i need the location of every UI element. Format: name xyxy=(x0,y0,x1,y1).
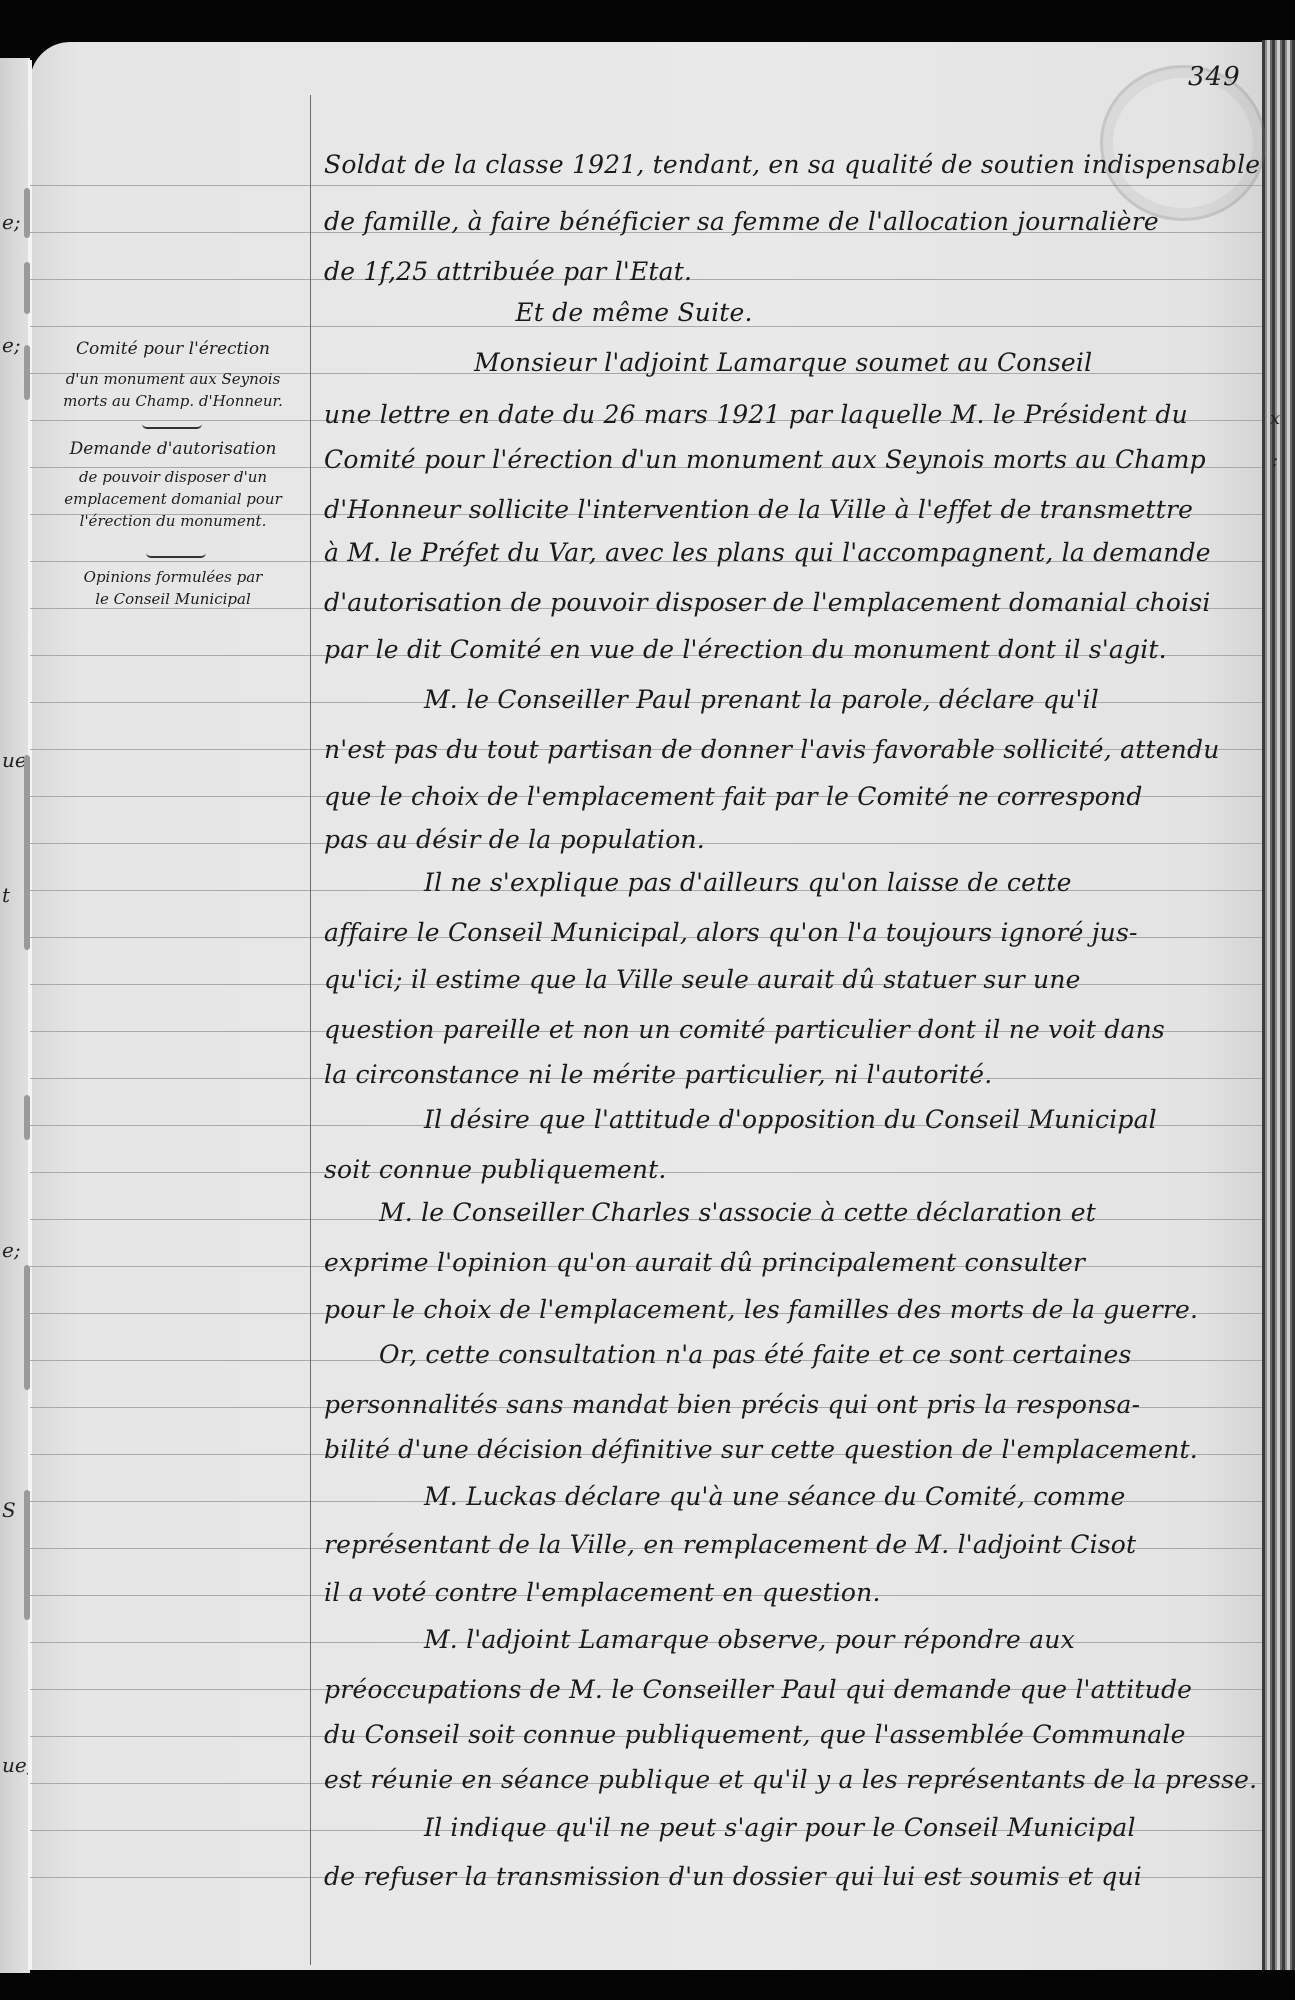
archive-stamp xyxy=(1100,65,1266,221)
body-line: à M. le Préfet du Var, avec les plans qu… xyxy=(324,538,1254,568)
separator-flourish xyxy=(146,553,206,558)
body-line: de refuser la transmission d'un dossier … xyxy=(324,1862,1254,1892)
body-line: exprime l'opinion qu'on aurait dû princi… xyxy=(324,1248,1254,1278)
left-page-fragment: t xyxy=(2,883,10,907)
body-line: Comité pour l'érection d'un monument aux… xyxy=(324,445,1254,475)
margin-note-demande: de pouvoir disposer d'un xyxy=(48,468,298,486)
side-mark: x xyxy=(1270,408,1280,429)
body-line: par le dit Comité en vue de l'érection d… xyxy=(324,635,1254,665)
body-line: affaire le Conseil Municipal, alors qu'o… xyxy=(324,918,1254,948)
body-line: de famille, à faire bénéficier sa femme … xyxy=(324,207,1254,237)
body-line: question pareille et non un comité parti… xyxy=(324,1015,1254,1045)
separator-flourish xyxy=(142,424,202,429)
body-line: personnalités sans mandat bien précis qu… xyxy=(324,1390,1254,1420)
left-page-fragment: e; xyxy=(2,333,21,357)
margin-note-demande: emplacement domanial pour xyxy=(48,490,298,508)
binding-stitch xyxy=(24,1095,30,1140)
body-line: pour le choix de l'emplacement, les fami… xyxy=(324,1295,1254,1325)
body-line: la circonstance ni le mérite particulier… xyxy=(324,1060,1254,1090)
body-line: d'Honneur sollicite l'intervention de la… xyxy=(324,495,1254,525)
binding-stitch xyxy=(24,755,30,950)
margin-note-demande: Demande d'autorisation xyxy=(48,440,298,458)
binding-stitch xyxy=(24,1265,30,1390)
body-line: M. le Conseiller Paul prenant la parole,… xyxy=(324,685,1254,715)
margin-note-comite: Comité pour l'érection xyxy=(48,340,298,358)
margin-note-comite: d'un monument aux Seynois xyxy=(48,370,298,388)
ruled-line xyxy=(30,185,1262,186)
margin-rule xyxy=(310,95,311,1965)
margin-note-opinions: le Conseil Municipal xyxy=(48,590,298,608)
body-line: Monsieur l'adjoint Lamarque soumet au Co… xyxy=(324,348,1254,378)
body-line: il a voté contre l'emplacement en questi… xyxy=(324,1578,1254,1608)
body-line: d'autorisation de pouvoir disposer de l'… xyxy=(324,588,1254,618)
body-line: Il indique qu'il ne peut s'agir pour le … xyxy=(324,1813,1254,1843)
binding-stitch xyxy=(24,188,30,238)
section-heading: Et de même Suite. xyxy=(324,298,944,328)
body-line: du Conseil soit connue publiquement, que… xyxy=(324,1720,1254,1750)
body-line: pas au désir de la population. xyxy=(324,825,1254,855)
body-line: représentant de la Ville, en remplacemen… xyxy=(324,1530,1254,1560)
body-line: est réunie en séance publique et qu'il y… xyxy=(324,1765,1254,1795)
body-line: que le choix de l'emplacement fait par l… xyxy=(324,782,1254,812)
binding-stitch xyxy=(24,262,30,314)
side-mark: : xyxy=(1272,450,1278,471)
body-line: n'est pas du tout partisan de donner l'a… xyxy=(324,735,1254,765)
binding-stitch xyxy=(24,1490,30,1620)
body-line: Il désire que l'attitude d'opposition du… xyxy=(324,1105,1254,1135)
body-line: Or, cette consultation n'a pas été faite… xyxy=(324,1340,1254,1370)
margin-note-comite: morts au Champ. d'Honneur. xyxy=(48,392,298,410)
page-stack-edge xyxy=(1262,40,1295,1970)
body-line: Soldat de la classe 1921, tendant, en sa… xyxy=(324,150,1254,180)
body-line: de 1f,25 attribuée par l'Etat. xyxy=(324,257,1254,287)
page-number: 349 xyxy=(1188,62,1241,92)
body-line: bilité d'une décision définitive sur cet… xyxy=(324,1435,1254,1465)
body-line: M. Luckas déclare qu'à une séance du Com… xyxy=(324,1482,1254,1512)
body-line: qu'ici; il estime que la Ville seule aur… xyxy=(324,965,1254,995)
body-line: préoccupations de M. le Conseiller Paul … xyxy=(324,1675,1254,1705)
body-line: M. l'adjoint Lamarque observe, pour répo… xyxy=(324,1625,1254,1655)
left-page-fragment: S xyxy=(2,1498,16,1522)
left-page-fragment: e; xyxy=(2,1238,21,1262)
margin-note-opinions: Opinions formulées par xyxy=(48,568,298,586)
body-line: une lettre en date du 26 mars 1921 par l… xyxy=(324,400,1254,430)
body-line: Il ne s'explique pas d'ailleurs qu'on la… xyxy=(324,868,1254,898)
left-page-fragment: e; xyxy=(2,210,21,234)
body-line: M. le Conseiller Charles s'associe à cet… xyxy=(324,1198,1254,1228)
margin-note-demande: l'érection du monument. xyxy=(48,512,298,530)
body-line: soit connue publiquement. xyxy=(324,1155,1254,1185)
